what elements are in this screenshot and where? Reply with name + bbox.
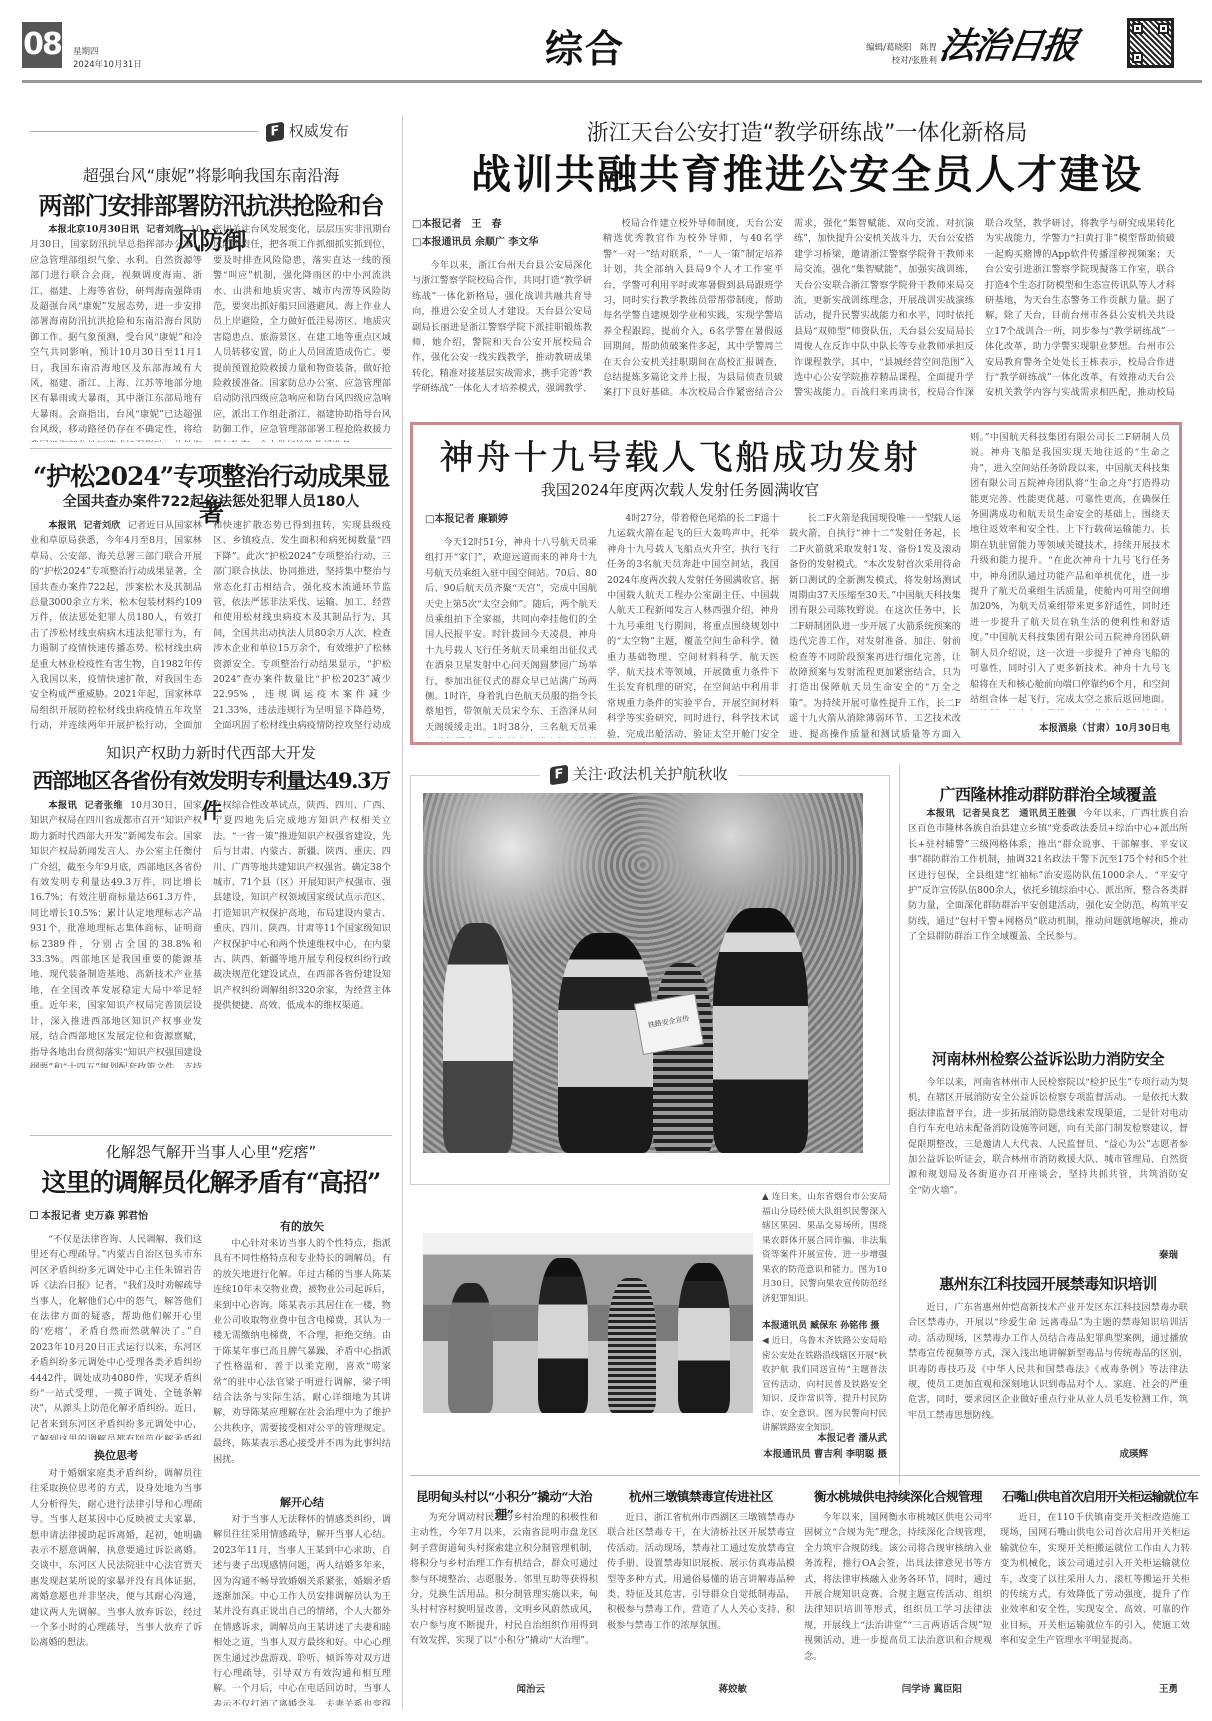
divider [30, 1135, 392, 1136]
feature-col2: 校局合作建立校外导师制度，天台公安精选优秀教官作为校外导师，与40名学警“一对一… [603, 216, 783, 398]
right-article1-text: 今年以来，广西壮族自治区百色市隆林各族自治县建立乡镇“党委政法委员+综治中心+派… [908, 808, 1188, 942]
article2-col1: 本报讯 记者刘欣 记者近日从国家林业和草原局获悉，今年4月至8月，国家林草局、公… [30, 518, 202, 733]
brief3-body: 今年以来，国网衡水市桃城区供电公司牢固树立“合规为先”理念，持续深化合规管理，全… [804, 1510, 992, 1680]
article3-dateline: 本报讯 [48, 800, 77, 811]
brief1-body: 为充分调动村民参与乡村治理的积极性和主动性，今年7月以来，云南省昆明市盘龙区阿子… [410, 1510, 598, 1680]
sub-heading-empathy: 换位思考 [30, 1447, 202, 1463]
article2-text-1: 记者近日从国家林业和草原局获悉，今年4月至8月，国家林草局、公安部、海关总署三部… [30, 520, 202, 733]
shenzhou-col3: 长二F火箭是我国现役唯一一型载人运载火箭，自执行“神十二”发射任务起，长二F火箭… [789, 511, 961, 738]
weekday: 星期四 [73, 45, 99, 57]
feature-headline: 战训共融共育推进公安全员人才建设 [412, 143, 1202, 200]
feature-byline: □本报记者 王 春 □本报通讯员 余顺广 李文华 [412, 216, 538, 252]
sub-heading-resolve: 解开心结 [213, 1494, 391, 1510]
feature-col3: 需求，强化“集智赋能、双向交流、对抗演练”，加快提升公安机关战斗力，天台公安搭建… [794, 216, 974, 398]
brief1-author: 闻治云 [410, 1681, 545, 1695]
railway-caption: ◀ 近日，乌鲁木齐铁路公安局哈密公安处在铁路沿线辖区开展“秋收护航 我们同送宣传… [762, 1334, 887, 1436]
issue-date: 2024年10月31日 [73, 58, 142, 70]
paper-name-logo: 法治日报 [936, 18, 1079, 69]
brief4-body: 近日，在110千伏镇南变开关柜改造施工现场，国网石嘴山供电公司首次启用开关柜运输… [1000, 1510, 1190, 1680]
shenzhou-text-2: 4时27分，带着橙色尾焰的长二F遥十九运载火箭在起飞的巨大轰鸣声中，托举神舟十九… [607, 513, 779, 738]
bottom-briefs-divider [410, 1475, 1200, 1476]
shenzhou-text-1: 今天12时51分，神舟十八号航天员乘组打开“家门”，欢迎远道而来的神舟十九号航天… [425, 537, 597, 738]
article1-text-2: 密切关注台风发展变化，层层压实非汛期台风防御责任，把各项工作抓细抓实抓到位，要及… [213, 224, 391, 442]
right-article2-body: 今年以来，河南省林州市人民检察院以“检护民生”专项行动为契机，在辖区开展消防安全… [908, 1075, 1188, 1245]
orchard-photo: 铁路安全宣传 [423, 793, 863, 1153]
right-article1-body: 本报讯 记者吴良艺 通讯员王胜强 今年以来，广西壮族自治区百色市隆林各族自治县建… [908, 806, 1188, 1011]
article1-reporter: 记者刘欣 [146, 224, 183, 235]
brief4-headline: 石嘴山供电首次启用开关柜运输就位车 [1000, 1487, 1200, 1505]
article3-kicker: 知识产权助力新时代西部大开发 [30, 742, 392, 763]
feature-text-4: 联合攻坚，教学研讨，将教学与研究成果转化为实战能力，学警力“扫黄打非”模型帮助侦… [985, 218, 1175, 398]
page-number: 08 [23, 27, 61, 62]
right-article1-dateline: 本报讯 [926, 808, 955, 819]
railway-photo-2 [423, 1233, 753, 1413]
editors: 编辑/葛晓阳 陈胃 [855, 42, 937, 55]
article1-kicker: 超强台风“康妮”将影响我国东南沿海 [30, 163, 392, 186]
photo2-frame [423, 1158, 753, 1161]
qr-code-icon[interactable] [1127, 18, 1174, 68]
brief3-author: 闫学诗 冀臣阳 [804, 1681, 992, 1695]
section-label-text: 权威发布 [289, 122, 349, 140]
article4-headline: 这里的调解员化解矛盾有“高招” [30, 1163, 392, 1199]
article3-text-2: 产权综合性改革试点，陕西、四川、广西、宁夏四地先后完成地方知识产权相关立法。“一… [213, 800, 391, 1011]
orchard-caption: ▲ 连日来，山东省烟台市公安局福山分局经侦大队组织民警深入辖区果园、果品交易场所… [762, 1190, 887, 1306]
person-railway-officer-1 [538, 1258, 588, 1413]
shenzhou-dateline: 本报酒泉（甘肃）10月30日电 [970, 720, 1170, 734]
article4-kicker: 化解怨气解开当事人心里“疙瘩” [30, 1141, 392, 1162]
railway-caption-text: ◀ 近日，乌鲁木齐铁路公安局哈密公安处在铁路沿线辖区开展“秋收护航 我们同送宣传… [762, 1336, 887, 1433]
orchard-caption-text: ▲ 连日来，山东省烟台市公安局福山分局经侦大队组织民警深入辖区果园、果品交易场所… [762, 1192, 887, 1304]
feature-col4: 联合攻坚，教学研讨，将教学与研究成果转化为实战能力，学警力“扫黄打非”模型帮助侦… [985, 216, 1175, 398]
article4-text-1: “不仅是法律咨询、人民调解，我们这里还有心理疏导。”内蒙古自治区包头市东河区矛盾… [30, 1234, 202, 1440]
feature-text-1: 今年以来，浙江台州天台县公安局深化与浙江警察学院校局合作，共同打造“教学研练战”… [412, 260, 592, 398]
right-article2-text: 今年以来，河南省林州市人民检察院以“检护民生”专项行动为契机，在辖区开展消防安全… [908, 1077, 1188, 1196]
article4-text-2b: 对于当事人无法释怀的情感类纠纷，调解员往往采用情感疏导，解开当事人心结。2023… [213, 1514, 391, 1706]
brief2-headline: 杭州三墩镇禁毒宣传进社区 [607, 1487, 795, 1505]
shenzhou-subhead: 我国2024年度两次载人发射任务圆满收官 [420, 479, 940, 500]
right-article3-author: 成瑛辉 [908, 1446, 1148, 1460]
photo-section-label: F 关注·政法机关护航秋收 [540, 763, 738, 784]
person-officer-left [558, 933, 653, 1153]
shenzhou-col4: 则。”中国航天科技集团有限公司长二F研制人员说。神舟飞船是我国实现天地往返的“生… [970, 430, 1170, 710]
article3-text-1: 10月30日，国家知识产权局在四川省成都市召开“知识产权助力新时代西部大开发”新… [30, 800, 202, 1068]
shenzhou-text-3: 长二F火箭是我国现役唯一一型载人运载火箭，自执行“神十二”发射任务起，长二F火箭… [789, 513, 961, 738]
article4-byline-text: 本报记者 史万森 郭君怡 [41, 1211, 148, 1222]
masthead-divider [22, 80, 1202, 83]
brief2-author: 蒋姣敏 [607, 1681, 795, 1695]
railway-credit-reporter: 本报记者 潘从武 [762, 1430, 887, 1444]
railway-credit-correspondents: 本报通讯员 曹吉利 李明聪 摄 [720, 1446, 887, 1460]
person-farmer-striped [653, 963, 713, 1153]
article3-reporter: 记者张维 [85, 800, 123, 811]
divider [30, 448, 392, 449]
article1-col1: 本报北京10月30日讯 记者刘欣 10月30日，国家防汛抗旱总指挥部办公室、应急… [30, 222, 202, 442]
editor-credits: 编辑/葛晓阳 陈胃 校对/张胜利 [855, 42, 937, 68]
article3-col1: 本报讯 记者张维 10月30日，国家知识产权局在四川省成都市召开“知识产权助力新… [30, 798, 202, 1068]
column-divider [899, 765, 900, 1485]
article2-dateline: 本报讯 [48, 520, 76, 531]
photo-section-label-text: 关注·政法机关护航秋收 [573, 765, 728, 783]
article4-text-2: 中心针对来访当事人的个性特点，指派具有不同性格特点和专业特长的调解员，有的放矢地… [213, 1238, 391, 1465]
brief1-text: 为充分调动村民参与乡村治理的积极性和主动性，今年7月以来，云南省昆明市盘龙区阿子… [410, 1512, 598, 1646]
right-article1-reporter: 记者吴良艺 通讯员王胜强 [962, 808, 1076, 819]
article4-col1: “不仅是法律咨询、人民调解，我们这里还有心理疏导。”内蒙古自治区包头市东河区矛盾… [30, 1232, 202, 1440]
person-villager-striped [608, 1278, 656, 1413]
f-badge-icon: F [550, 764, 568, 785]
person-villager [448, 1283, 493, 1413]
article1-text-1: 10月30日，国家防汛抗旱总指挥部办公室、应急管理部组织气象、水利、自然资源等部… [30, 224, 202, 442]
right-article3-text: 近日，广东省惠州仲恺高新技术产业开发区东江科技园禁毒办联合区禁毒办，开展以“珍爱… [908, 1302, 1188, 1421]
shenzhou-text-4: 则。”中国航天科技集团有限公司长二F研制人员说。神舟飞船是我国实现天地往返的“生… [970, 432, 1170, 710]
brief3-headline: 衡水桃城供电持续深化合规管理 [804, 1487, 992, 1505]
brief2-body: 近日，浙江省杭州市西湖区三墩镇禁毒办联合社区禁毒专干，在大清桥社区开展禁毒宣传活… [607, 1510, 795, 1680]
feature-text-3: 需求，强化“集智赋能、双向交流、对抗演练”，加快提升公安机关战斗力，天台公安搭建… [794, 218, 974, 398]
article2-reporter: 记者刘欣 [83, 520, 120, 531]
feature-text-2: 校局合作建立校外导师制度，天台公安精选优秀教官作为校外导师，与40名学警“一对一… [603, 218, 783, 398]
person-officer-right [713, 908, 808, 1153]
section-title: 综合 [545, 18, 625, 73]
shenzhou-col1: 今天12时51分，神舟十八号航天员乘组打开“家门”，欢迎远道而来的神舟十九号航天… [425, 535, 597, 738]
brochure-text: 铁路安全宣传 [647, 1014, 690, 1029]
article1-dateline: 本报北京10月30日讯 [48, 224, 139, 235]
right-article1-headline: 广西隆林推动群防群治全域覆盖 [908, 782, 1188, 805]
person-railway-officer-2 [678, 1263, 730, 1413]
shenzhou-col2: 4时27分，带着橙色尾焰的长二F遥十九运载火箭在起飞的巨大轰鸣声中，托举神舟十九… [607, 511, 779, 738]
brief2-text: 近日，浙江省杭州市西湖区三墩镇禁毒办联合社区禁毒专干，在大清桥社区开展禁毒宣传活… [607, 1512, 795, 1631]
article2-col2: 和快速扩散态势已得到扭转，实现县级疫区、乡镇疫点、发生面积和病死树数量“四下降”… [213, 518, 391, 733]
right-article2-author: 秦瑞 [908, 1247, 1178, 1261]
shenzhou-byline: □本报记者 廉颖婷 [425, 511, 508, 528]
feature-byline-correspondents: □本报通讯员 余顺广 李文华 [412, 234, 538, 252]
article4-text-1b: 对于婚姻家庭类矛盾纠纷，调解员往往采取换位思考的方式，设身处地为当事人分析得失，… [30, 1468, 202, 1648]
section-label-authority: F 权威发布 [30, 120, 392, 144]
brief4-text: 近日，在110千伏镇南变开关柜改造施工现场，国网石嘴山供电公司首次启用开关柜运输… [1000, 1512, 1190, 1646]
article1-col2: 密切关注台风发展变化，层层压实非汛期台风防御责任，把各项工作抓细抓实抓到位，要及… [213, 222, 391, 442]
article4-col1b: 对于婚姻家庭类矛盾纠纷，调解员往往采取换位思考的方式，设身处地为当事人分析得失，… [30, 1466, 202, 1706]
right-article2-headline: 河南林州检察公益诉讼助力消防安全 [908, 1048, 1188, 1069]
brief4-author: 王勇 [1000, 1681, 1178, 1695]
orchard-photo-credit: 本报通讯员 臧保东 孙铭伟 摄 [762, 1318, 887, 1331]
article4-col2: 中心针对来访当事人的个性特点，指派具有不同性格特点和专业特长的调解员，有的放矢地… [213, 1236, 391, 1490]
right-article3-headline: 惠州东江科技园开展禁毒知识培训 [908, 1273, 1188, 1294]
article3-col2: 产权综合性改革试点，陕西、四川、广西、宁夏四地先后完成地方知识产权相关立法。“一… [213, 798, 391, 1068]
article2-text-2: 和快速扩散态势已得到扭转，实现县级疫区、乡镇疫点、发生面积和病死树数量“四下降”… [213, 520, 391, 733]
square-bullet-icon [30, 1211, 38, 1219]
brief3-text: 今年以来，国网衡水市桃城区供电公司牢固树立“合规为先”理念，持续深化合规管理，全… [804, 1512, 992, 1662]
person-farmer-left [443, 923, 513, 1153]
shenzhou-headline: 神舟十九号载人飞船成功发射 [420, 430, 940, 479]
column-divider [402, 115, 403, 1710]
article2-subhead: 全国共查办案件722起依法惩处犯罪人员180人 [30, 491, 392, 511]
f-badge-icon: F [266, 121, 284, 142]
brochure: 铁路安全宣传 [634, 993, 704, 1055]
article4-col2b: 对于当事人无法释怀的情感类纠纷，调解员往往采用情感疏导，解开当事人心结。2023… [213, 1512, 391, 1706]
article4-byline: 本报记者 史万森 郭君怡 [30, 1208, 148, 1225]
right-article3-body: 近日，广东省惠州仲恺高新技术产业开发区东江科技园禁毒办联合区禁毒办，开展以“珍爱… [908, 1300, 1188, 1440]
feature-col1: 今年以来，浙江台州天台县公安局深化与浙江警察学院校局合作，共同打造“教学研练战”… [412, 258, 592, 398]
feature-byline-reporter: □本报记者 王 春 [412, 216, 538, 234]
sub-heading-targeted: 有的放矢 [213, 1218, 391, 1234]
page-number-box: 08 [22, 22, 62, 68]
proofreader: 校对/张胜利 [855, 55, 937, 68]
